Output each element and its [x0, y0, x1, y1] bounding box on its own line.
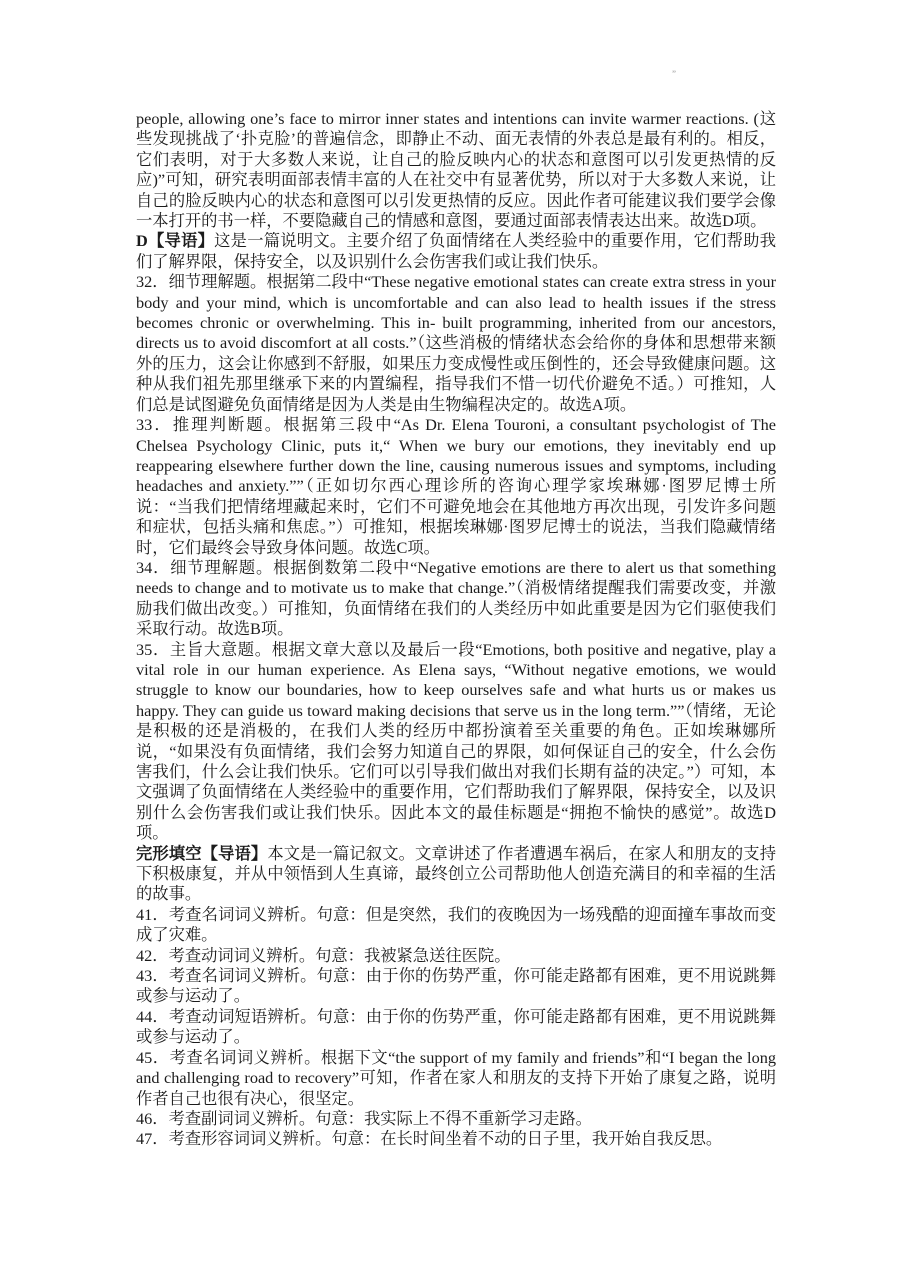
paragraph-body: people, allowing one’s face to mirror in… — [136, 109, 776, 230]
paragraph-lead-bold: 完形填空【导语】 — [136, 844, 267, 863]
paragraph-q32: 32．细节理解题。根据第二段中“These negative emotional… — [136, 272, 776, 415]
answer-key-text-block: people, allowing one’s face to mirror in… — [136, 109, 776, 1150]
paragraph-q33: 33．推理判断题。根据第三段中“As Dr. Elena Touroni, a … — [136, 415, 776, 558]
paragraph-q46: 46．考查副词词义辨析。句意：我实际上不得不重新学习走路。 — [136, 1109, 776, 1129]
paragraph-q42: 42．考查动词词义辨析。句意：我被紧急送往医院。 — [136, 946, 776, 966]
paragraph-q43: 43．考查名词词义辨析。句意：由于你的伤势严重，你可能走路都有困难，更不用说跳舞… — [136, 966, 776, 1007]
paragraph-q45: 45．考查名词词义辨析。根据下文“the support of my famil… — [136, 1048, 776, 1109]
scan-speck: ” — [672, 70, 676, 79]
paragraph-q47: 47．考查形容词词义辨析。句意：在长时间坐着不动的日子里，我开始自我反思。 — [136, 1129, 776, 1149]
paragraph-body: 42．考查动词词义辨析。句意：我被紧急送往医院。 — [136, 946, 510, 965]
paragraph-body: 44．考查动词短语辨析。句意：由于你的伤势严重，你可能走路都有困难，更不用说跳舞… — [136, 1007, 776, 1046]
paragraph-body: 43．考查名词词义辨析。句意：由于你的伤势严重，你可能走路都有困难，更不用说跳舞… — [136, 966, 776, 1005]
paragraph-q35: 35．主旨大意题。根据文章大意以及最后一段“Emotions, both pos… — [136, 640, 776, 844]
document-page: ” people, allowing one’s face to mirror … — [0, 0, 900, 1273]
paragraph-body: 33．推理判断题。根据第三段中“As Dr. Elena Touroni, a … — [136, 415, 776, 556]
paragraph-body: 46．考查副词词义辨析。句意：我实际上不得不重新学习走路。 — [136, 1109, 592, 1128]
paragraph-cloze-daoyu: 完形填空【导语】本文是一篇记叙文。文章讲述了作者遭遇车祸后，在家人和朋友的支持下… — [136, 844, 776, 905]
paragraph-q41: 41．考查名词词义辨析。句意：但是突然，我们的夜晚因为一场残酷的迎面撞车事故而变… — [136, 905, 776, 946]
paragraph-q44: 44．考查动词短语辨析。句意：由于你的伤势严重，你可能走路都有困难，更不用说跳舞… — [136, 1007, 776, 1048]
paragraph-q34: 34．细节理解题。根据倒数第二段中“Negative emotions are … — [136, 558, 776, 640]
paragraph-daoyu-d: D【导语】这是一篇说明文。主要介绍了负面情绪在人类经验中的重要作用，它们帮助我们… — [136, 231, 776, 272]
paragraph-body: 35．主旨大意题。根据文章大意以及最后一段“Emotions, both pos… — [136, 640, 776, 843]
paragraph-body: 41．考查名词词义辨析。句意：但是突然，我们的夜晚因为一场残酷的迎面撞车事故而变… — [136, 905, 776, 944]
paragraph-reading-d-tail: people, allowing one’s face to mirror in… — [136, 109, 776, 231]
paragraph-body: 34．细节理解题。根据倒数第二段中“Negative emotions are … — [136, 558, 776, 638]
paragraph-lead-bold: D【导语】 — [136, 231, 214, 250]
paragraph-body: 32．细节理解题。根据第二段中“These negative emotional… — [136, 272, 776, 413]
paragraph-body: 47．考查形容词词义辨析。句意：在长时间坐着不动的日子里，我开始自我反思。 — [136, 1129, 722, 1148]
paragraph-body: 45．考查名词词义辨析。根据下文“the support of my famil… — [136, 1048, 776, 1108]
paragraph-body: 这是一篇说明文。主要介绍了负面情绪在人类经验中的重要作用，它们帮助我们了解界限，… — [136, 231, 776, 270]
